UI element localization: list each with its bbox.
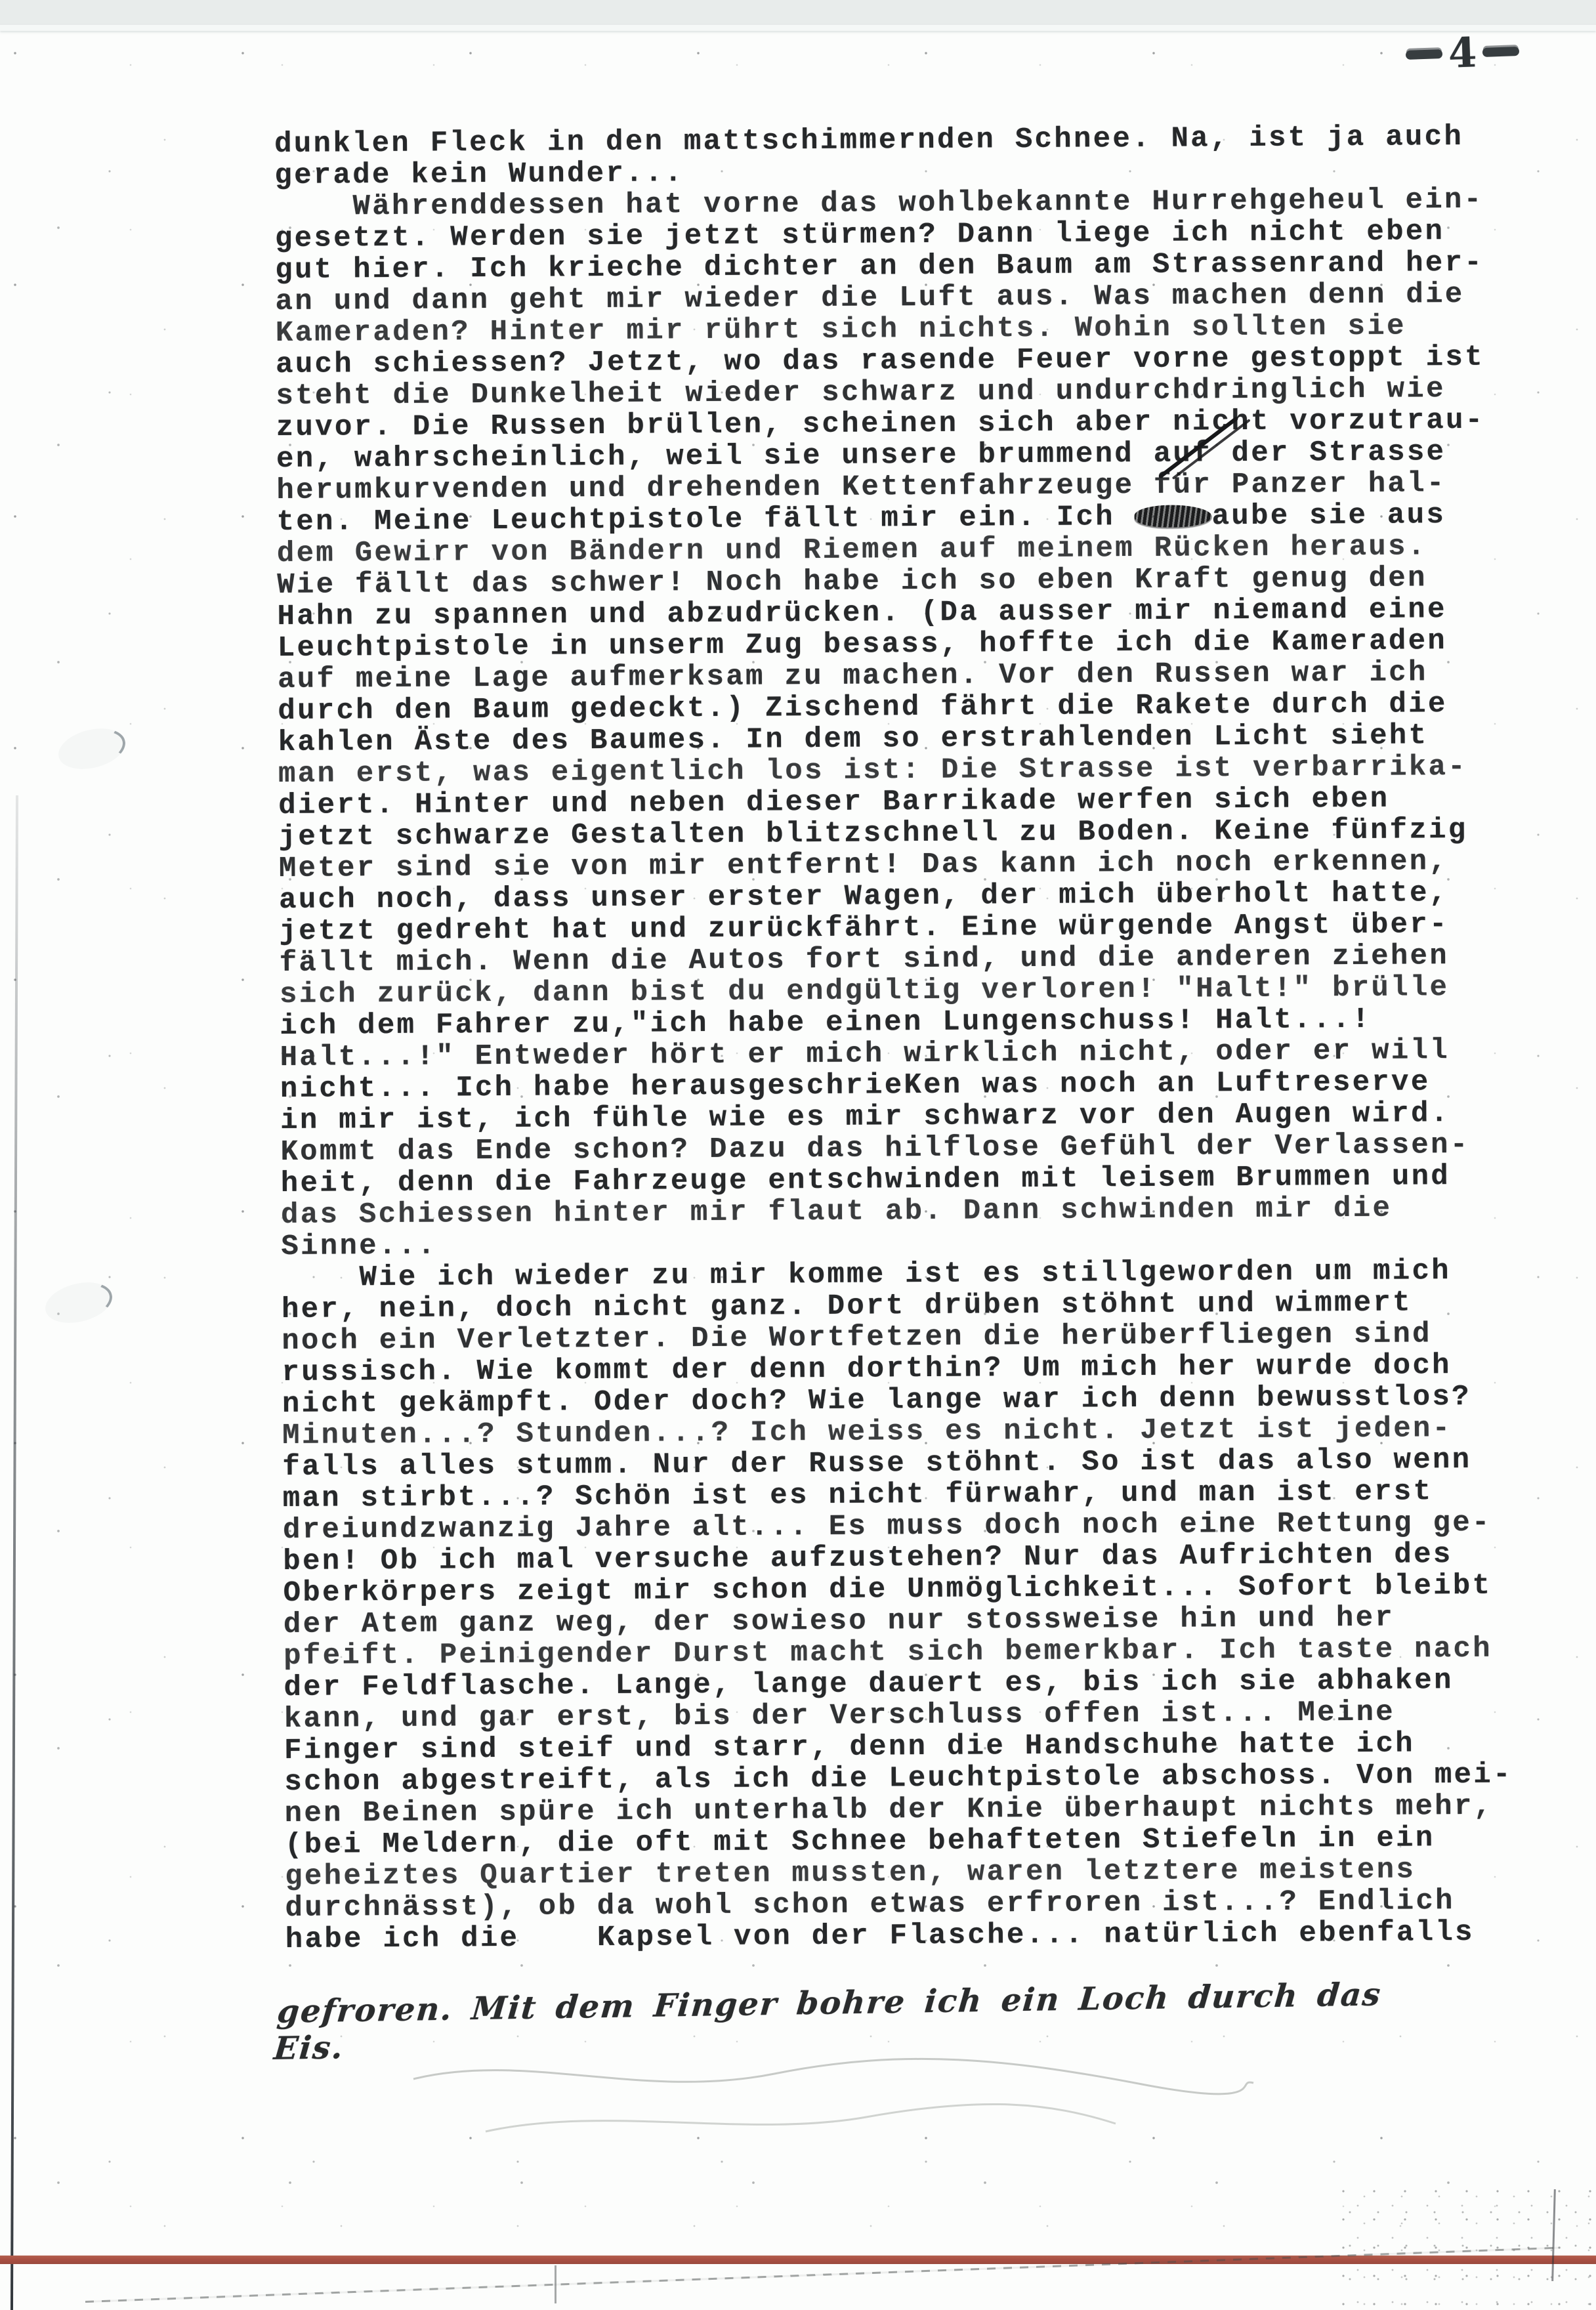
- scanner-background-band: [0, 0, 1596, 25]
- pencil-squiggle-marks: [407, 2040, 1260, 2151]
- hole-punch-mark: [54, 722, 130, 775]
- typed-line: dunklen Fleck in den mattschimmernden Sc…: [274, 121, 1503, 160]
- typed-line: Wie fällt das schwer! Noch habe ich so e…: [277, 562, 1505, 601]
- page-number: 4: [1405, 31, 1520, 75]
- typed-line: Meter sind sie von mir entfernt! Das kan…: [279, 846, 1507, 885]
- typed-line: steht die Dunkelheit wieder schwarz und …: [276, 373, 1504, 412]
- scan-artifact-tick-mark: [555, 2265, 556, 2303]
- typed-line: Halt...!" Entweder hört er mich wirklich…: [280, 1035, 1509, 1074]
- typed-line: man erst, was eigentlich los ist: Die St…: [278, 751, 1507, 790]
- typed-line: Währenddessen hat vorne das wohlbekannte…: [275, 184, 1503, 223]
- typed-line: kann, und gar erst, bis der Verschluss o…: [284, 1696, 1513, 1735]
- typed-line: Minuten...? Stunden...? Ich weiss es nic…: [282, 1413, 1511, 1452]
- page-number-value: 4: [1448, 32, 1477, 73]
- page-number-dash-icon: [1406, 49, 1442, 60]
- page-number-dash-icon: [1482, 47, 1519, 57]
- typed-line: nen Beinen spüre ich unterhalb der Knie …: [285, 1791, 1513, 1830]
- typed-line: durchnässt), ob da wohl schon etwas erfr…: [285, 1885, 1513, 1924]
- typed-line: dreiundzwanzig Jahre alt... Es muss doch…: [283, 1507, 1511, 1546]
- typed-line: Kommt das Ende schon? Dazu das hilflose …: [280, 1129, 1509, 1168]
- scan-artifact-left-vertical-line: [10, 795, 18, 2310]
- typed-line: noch ein Verletzter. Die Wortfetzen die …: [282, 1318, 1510, 1357]
- typed-line: sich zurück, dann bist du endgültig verl…: [280, 972, 1508, 1011]
- typed-line: Kameraden? Hinter mir rührt sich nichts.…: [276, 310, 1504, 349]
- paper-top-edge: [0, 25, 1596, 31]
- hole-punch-mark: [41, 1276, 117, 1329]
- typed-text-block: dunklen Fleck in den mattschimmernden Sc…: [274, 121, 1513, 1956]
- ink-scribble-overwrite: [1135, 505, 1212, 528]
- typed-line: herumkurvenden und drehenden Kettenfahrz…: [276, 468, 1505, 507]
- typed-line: pfeift. Peinigender Durst macht sich bem…: [283, 1633, 1512, 1672]
- typed-line: auf meine Lage aufmerksam zu machen. Vor…: [278, 657, 1506, 696]
- scanned-document-page: 4 dunklen Fleck in den mattschimmernden …: [0, 0, 1596, 2310]
- scan-noise-bottom-right: [1339, 2185, 1596, 2310]
